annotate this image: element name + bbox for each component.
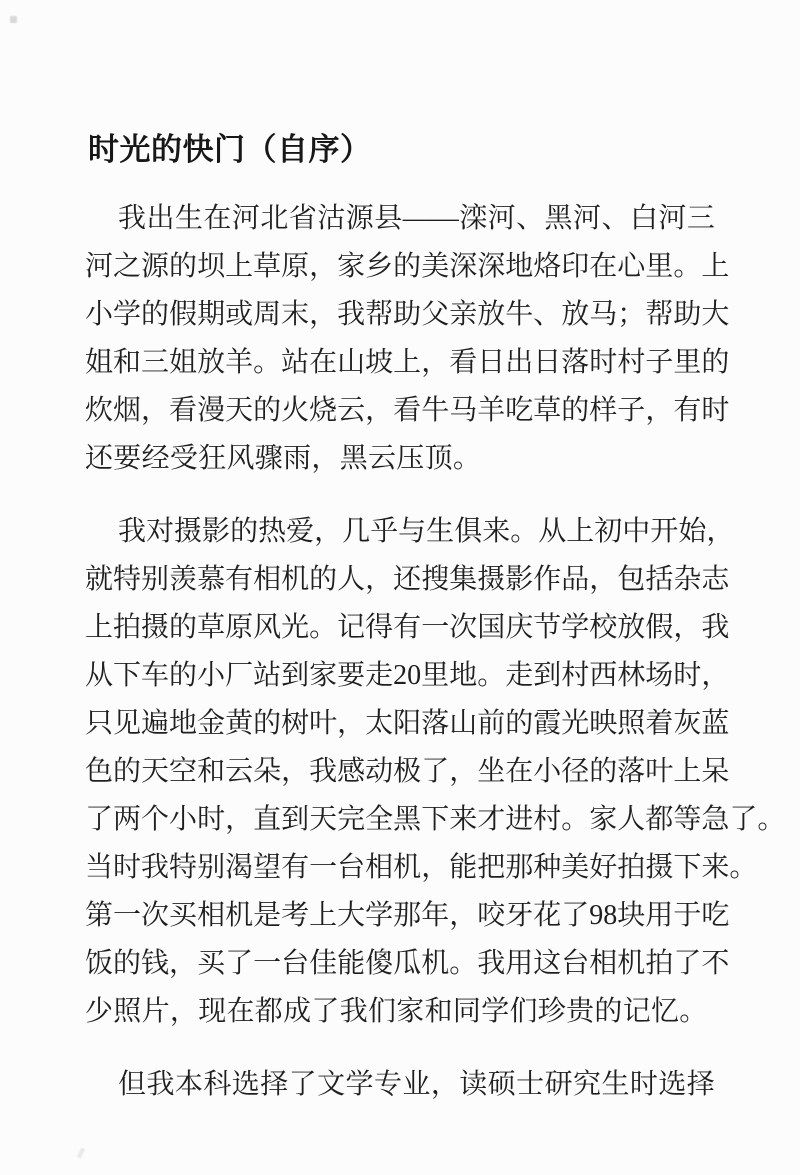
text-line: 只见遍地金黄的树叶，太阳落山前的霞光映照着灰蓝 <box>85 700 715 748</box>
text-line: 还要经受狂风骤雨，黑云压顶。 <box>85 435 715 483</box>
text-line: 小学的假期或周末，我帮助父亲放牛、放马；帮助大 <box>85 291 715 339</box>
scan-speck <box>77 1148 85 1159</box>
book-page: { "page": { "title": "时光的快门（自序）", "color… <box>0 0 800 1175</box>
text-line: 当时我特别渴望有一台相机，能把那种美好拍摄下来。 <box>85 844 715 892</box>
text-line: 我出生在河北省沽源县——滦河、黑河、白河三 <box>118 195 715 243</box>
text-line: 但我本科选择了文学专业，读硕士研究生时选择 <box>118 1061 715 1109</box>
text-line: 我对摄影的热爱，几乎与生俱来。从上初中开始， <box>118 508 715 556</box>
text-line: 炊烟，看漫天的火烧云，看牛马羊吃草的样子，有时 <box>85 387 715 435</box>
text-line: 姐和三姐放羊。站在山坡上，看日出日落时村子里的 <box>85 339 715 387</box>
text-line: 从下车的小厂站到家要走20里地。走到村西林场时， <box>85 652 715 700</box>
text-line: 色的天空和云朵，我感动极了，坐在小径的落叶上呆 <box>85 748 715 796</box>
text-line: 河之源的坝上草原，家乡的美深深地烙印在心里。上 <box>85 243 715 291</box>
text-line: 就特别羡慕有相机的人，还搜集摄影作品，包括杂志 <box>85 556 715 604</box>
paragraph: 我对摄影的热爱，几乎与生俱来。从上初中开始，就特别羡慕有相机的人，还搜集摄影作品… <box>85 508 715 1036</box>
text-line: 饭的钱，买了一台佳能傻瓜机。我用这台相机拍了不 <box>85 940 715 988</box>
page-title: 时光的快门（自序） <box>88 124 372 169</box>
paragraph: 但我本科选择了文学专业，读硕士研究生时选择 <box>85 1061 715 1109</box>
text-line: 了两个小时，直到天完全黑下来才进村。家人都等急了。 <box>85 796 715 844</box>
text-block: 我出生在河北省沽源县——滦河、黑河、白河三河之源的坝上草原，家乡的美深深地烙印在… <box>85 195 715 1109</box>
paragraph: 我出生在河北省沽源县——滦河、黑河、白河三河之源的坝上草原，家乡的美深深地烙印在… <box>85 195 715 483</box>
text-line: 上拍摄的草原风光。记得有一次国庆节学校放假，我 <box>85 604 715 652</box>
text-line: 第一次买相机是考上大学那年，咬牙花了98块用于吃 <box>85 892 715 940</box>
scan-smudge <box>10 16 17 23</box>
text-line: 少照片，现在都成了我们家和同学们珍贵的记忆。 <box>85 988 715 1036</box>
